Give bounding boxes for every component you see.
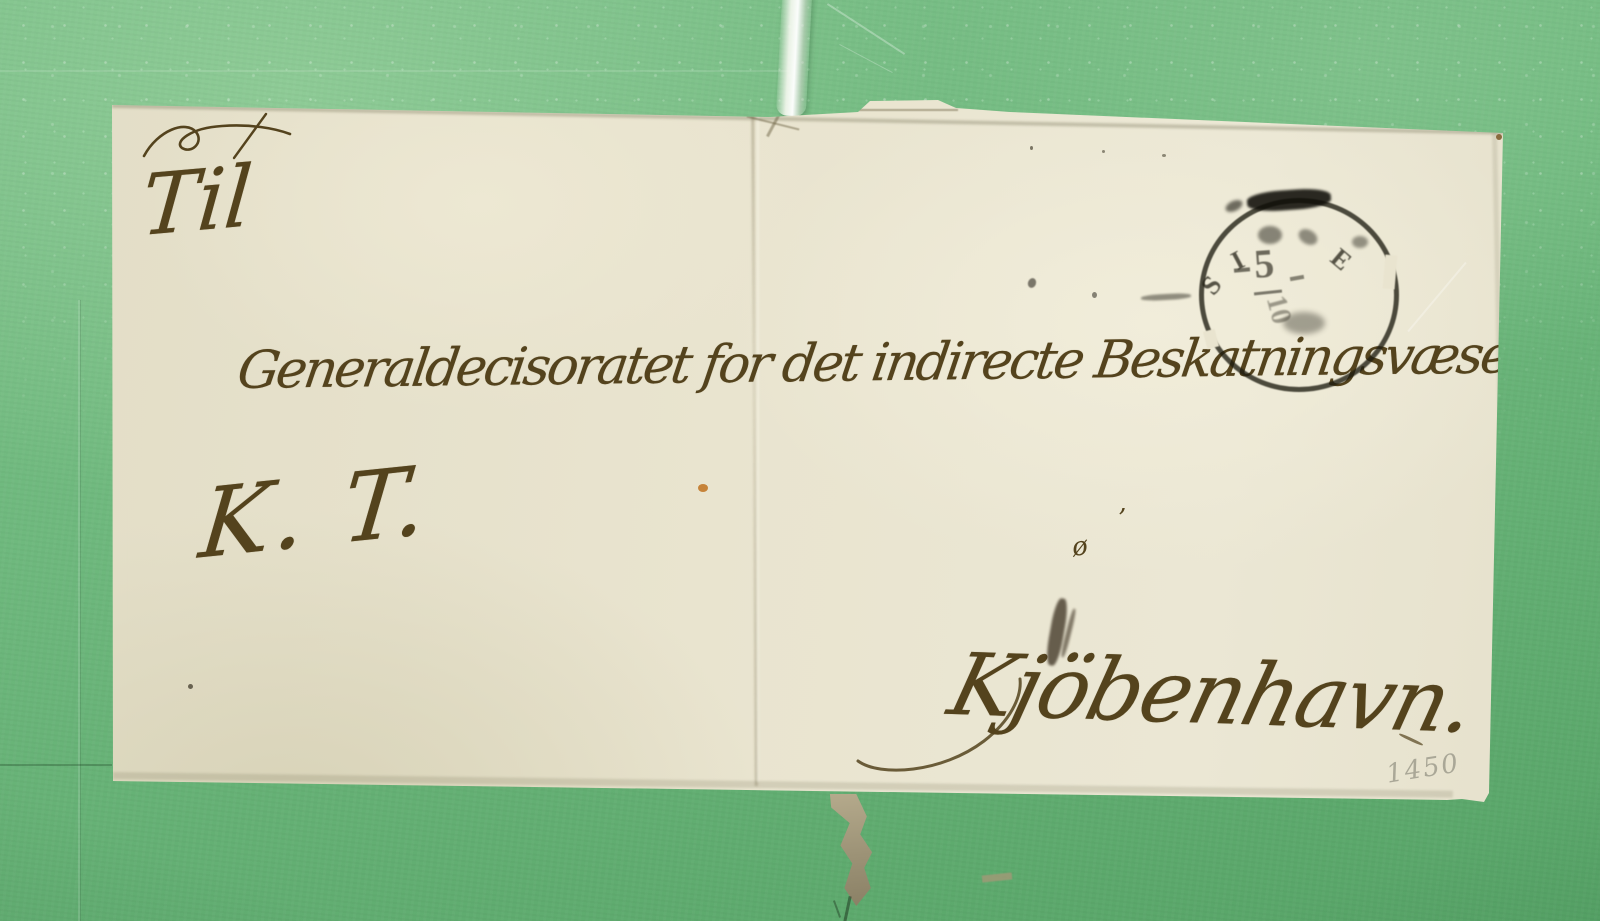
postmark-ink-blotch xyxy=(1352,236,1368,248)
service-mark-handwriting: K. T. xyxy=(195,445,436,581)
vertical-fold-highlight xyxy=(757,110,759,782)
small-ink-mark: ø xyxy=(1070,531,1090,563)
brown-speck xyxy=(1496,134,1502,140)
backing-crack xyxy=(843,896,851,921)
left-edge-notch-shadow xyxy=(97,285,107,300)
torn-paper-remnant xyxy=(818,794,884,906)
ink-speck xyxy=(1030,146,1033,150)
ink-speck xyxy=(1162,154,1166,157)
ink-speck xyxy=(188,684,193,689)
ink-smudge-dot xyxy=(1027,277,1038,289)
right-edge-shading xyxy=(1492,133,1511,795)
backing-crease-left xyxy=(0,764,112,766)
plastic-hanger-strip xyxy=(776,0,812,117)
postmark-cds-circle xyxy=(1199,198,1399,392)
backing-crack xyxy=(833,900,841,918)
backing-crease-vertical-shadow xyxy=(80,300,81,921)
ink-smudge-dot xyxy=(1092,292,1097,298)
addressee-prefix-handwriting: Til xyxy=(138,147,256,256)
bottom-edge-shading xyxy=(113,772,1453,798)
torn-flap-crack xyxy=(858,109,958,111)
photo-of-postal-cover: Til Generaldecisoratet for det indirecte… xyxy=(0,0,1600,921)
paper-scratch xyxy=(1407,262,1466,332)
backing-scratch xyxy=(839,44,892,73)
folded-letter-cover: Til Generaldecisoratet for det indirecte… xyxy=(0,0,1600,921)
ink-smudge-streak xyxy=(1141,293,1191,302)
backing-crease-top xyxy=(0,70,790,72)
backing-scratch xyxy=(827,3,905,55)
tape-residue-fleck xyxy=(982,872,1013,882)
ink-speck xyxy=(1102,150,1105,153)
rust-stain-dot xyxy=(698,484,708,492)
pencil-note: 1450 xyxy=(1384,748,1462,789)
postmark-day: 5 xyxy=(1252,239,1275,287)
small-ink-tick: ’ xyxy=(1118,504,1126,534)
postmark-ink-blotch xyxy=(1224,198,1245,215)
